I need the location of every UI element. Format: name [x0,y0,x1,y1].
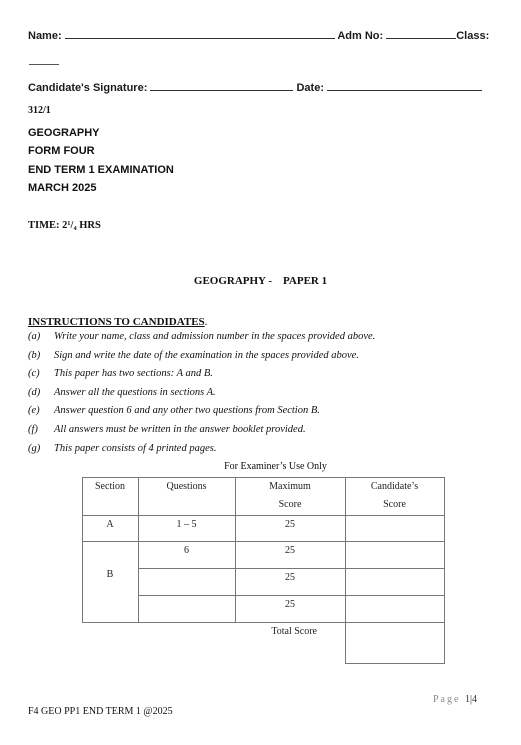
instruction-text: All answers must be written in the answe… [54,424,306,435]
instruction-item: (e)Answer question 6 and any other two q… [28,405,320,416]
class-input-line[interactable] [29,64,59,65]
score-table-caption: For Examiner’s Use Only [0,461,521,472]
instruction-text: Write your name, class and admission num… [54,331,375,342]
instructions-heading-text: INSTRUCTIONS TO CANDIDATES [28,316,205,328]
subject-title: GEOGRAPHY [28,127,100,139]
class-label: Class: [456,30,489,42]
name-label: Name: [28,30,62,42]
form-title: FORM FOUR [28,145,95,157]
table-border [444,477,445,663]
instruction-item: (c)This paper has two sections: A and B. [28,368,213,379]
candidate-score-b[interactable] [345,542,444,567]
instruction-label: (c) [28,368,54,379]
signature-field-row: Candidate's Signature: Date: [28,80,482,94]
questions-a: 1 – 5 [138,516,235,534]
max-score-b: 25 [235,596,345,614]
page-total: 4 [472,694,477,705]
time-allowed: TIME: 2¹/₄ HRS [28,220,101,231]
name-field-row: Name: Adm No: Class: [28,28,489,42]
paper-code: 312/1 [28,105,51,116]
header-maximum-score: Maximum [235,478,345,496]
instruction-item: (a)Write your name, class and admission … [28,331,375,342]
instruction-text: Answer question 6 and any other two ques… [54,405,320,416]
name-input-line[interactable] [65,28,335,39]
instruction-label: (a) [28,331,54,342]
total-score-value[interactable] [345,623,444,662]
date-label: Date: [296,82,324,94]
signature-label: Candidate's Signature: [28,82,147,94]
table-border [82,477,83,622]
instruction-label: (e) [28,405,54,416]
section-a: A [82,516,138,534]
signature-input-line[interactable] [150,80,293,91]
questions-b: 6 [138,542,235,560]
header-maximum-score: Score [235,496,345,514]
candidate-score-b[interactable] [345,569,444,594]
table-border [345,663,445,664]
instruction-item: (b)Sign and write the date of the examin… [28,350,359,361]
instructions-heading: INSTRUCTIONS TO CANDIDATES. [28,312,207,330]
max-score-a: 25 [235,516,345,534]
instruction-item: (f)All answers must be written in the an… [28,424,306,435]
instruction-text: Answer all the questions in sections A. [54,387,216,398]
instruction-label: (g) [28,443,54,454]
page-word: Page [433,694,460,705]
instruction-label: (d) [28,387,54,398]
section-b: B [82,566,138,584]
max-score-b: 25 [235,542,345,560]
candidate-score-a[interactable] [345,516,444,540]
page-number: Page 1|4 [433,694,477,705]
exam-date-title: MARCH 2025 [28,182,96,194]
instructions-heading-dot: . [205,316,208,328]
instruction-label: (b) [28,350,54,361]
paper-title: GEOGRAPHY - PAPER 1 [0,275,521,287]
header-questions: Questions [138,478,235,496]
instruction-text: This paper has two sections: A and B. [54,368,213,379]
max-score-b: 25 [235,569,345,587]
instruction-text: This paper consists of 4 printed pages. [54,443,216,454]
instruction-label: (f) [28,424,54,435]
instruction-text: Sign and write the date of the examinati… [54,350,359,361]
footer-text: F4 GEO PP1 END TERM 1 @2025 [28,706,173,717]
adm-no-label: Adm No: [337,30,383,42]
candidate-score-b[interactable] [345,596,444,621]
instruction-item: (d)Answer all the questions in sections … [28,387,216,398]
instruction-item: (g)This paper consists of 4 printed page… [28,443,216,454]
header-section: Section [82,478,138,496]
exam-title: END TERM 1 EXAMINATION [28,164,174,176]
adm-no-input-line[interactable] [386,28,456,39]
date-input-line[interactable] [327,80,482,91]
header-candidate-score: Score [345,496,444,514]
paper-title-text: GEOGRAPHY - PAPER 1 [194,275,327,287]
header-candidate-score: Candidate’s [345,478,444,496]
total-score-label: Total Score [235,623,317,641]
